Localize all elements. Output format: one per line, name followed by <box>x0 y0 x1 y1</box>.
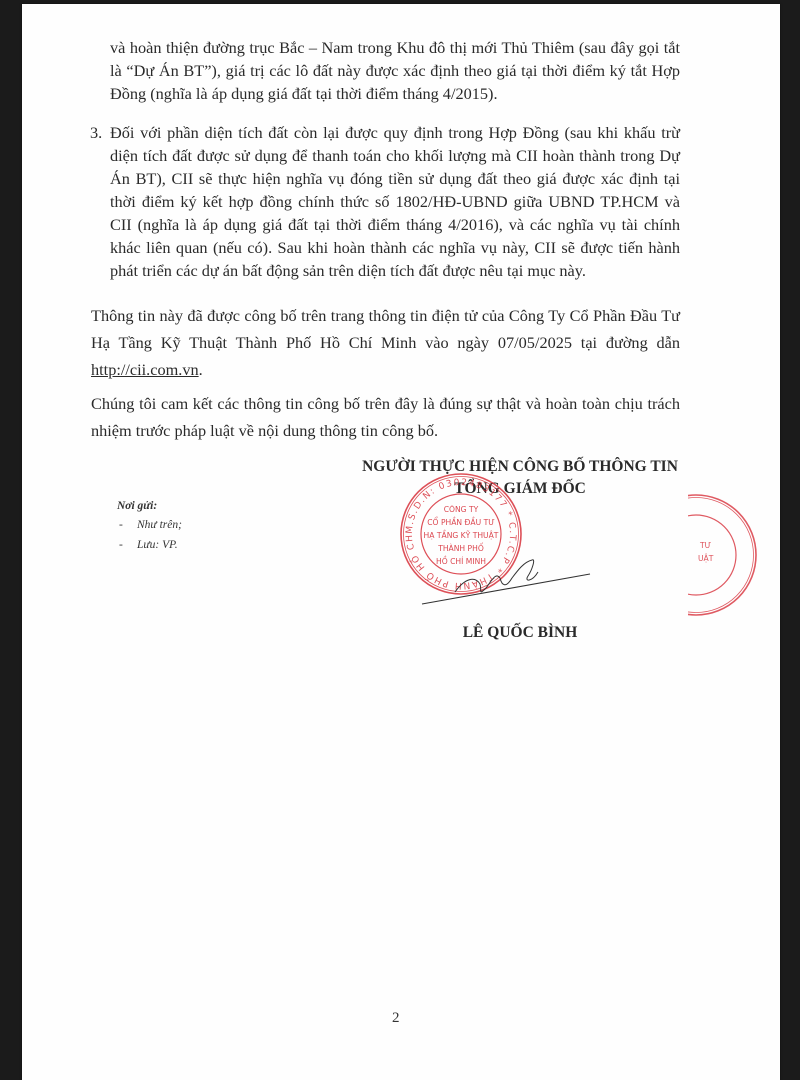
disclosure-text: Thông tin này đã được công bố trên trang… <box>91 306 680 352</box>
recipient-item: -Lưu: VP. <box>119 539 182 551</box>
page-number: 2 <box>392 1010 400 1027</box>
partial-seal-stamp: TƯ UẬT <box>688 490 758 620</box>
svg-text:CÔNG TY: CÔNG TY <box>444 505 479 514</box>
recipients-block: Nơi gửi: -Như trên; -Lưu: VP. <box>117 500 182 559</box>
svg-text:HẠ TẦNG KỸ THUẬT: HẠ TẦNG KỸ THUẬT <box>424 530 499 540</box>
svg-text:TƯ: TƯ <box>699 541 712 550</box>
recipient-item: -Như trên; <box>119 519 182 531</box>
disclosure-text-end: . <box>199 360 203 379</box>
recipients-label: Nơi gửi: <box>117 500 182 512</box>
signer-name: LÊ QUỐC BÌNH <box>350 624 690 642</box>
disclosure-paragraph: Thông tin này đã được công bố trên trang… <box>91 302 680 383</box>
svg-text:UẬT: UẬT <box>698 554 714 563</box>
company-website-link[interactable]: http://cii.com.vn <box>91 360 199 379</box>
continuation-paragraph: và hoàn thiện đường trục Bắc – Nam trong… <box>110 36 680 105</box>
commitment-paragraph: Chúng tôi cam kết các thông tin công bố … <box>91 390 680 444</box>
list-item-number: 3. <box>90 121 102 144</box>
list-item-3: 3. Đối với phần diện tích đất còn lại đư… <box>110 121 680 282</box>
svg-text:CỔ PHẦN ĐẦU TƯ: CỔ PHẦN ĐẦU TƯ <box>427 517 495 527</box>
list-item-text: Đối với phần diện tích đất còn lại được … <box>110 123 680 280</box>
handwritten-signature <box>420 548 600 608</box>
